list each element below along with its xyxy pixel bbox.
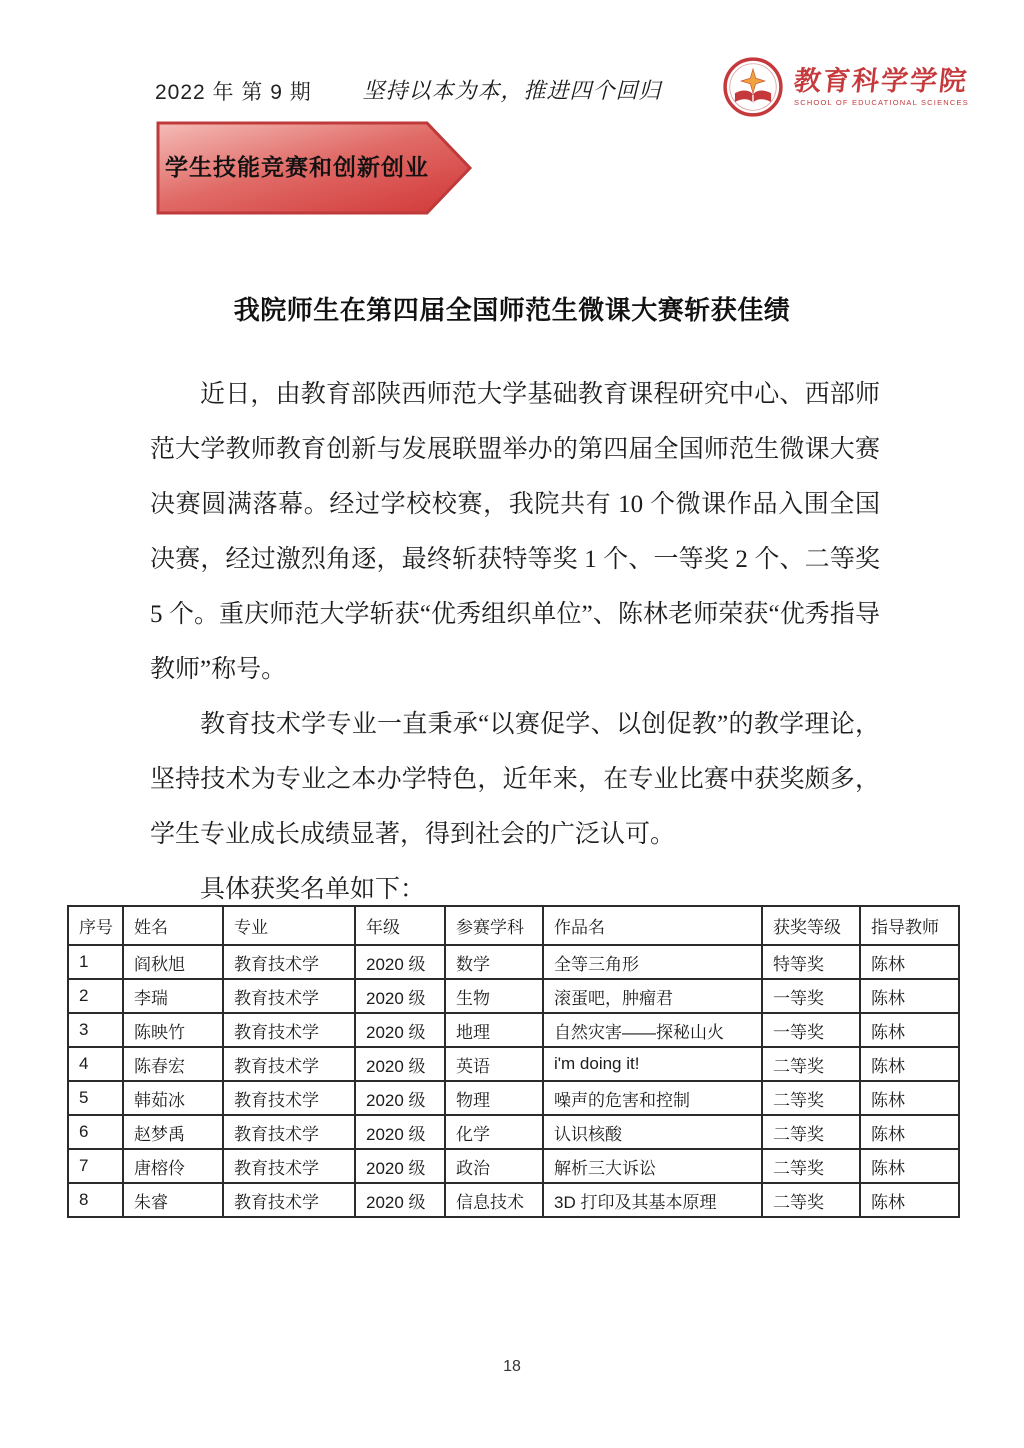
article-body: 近日，由教育部陕西师范大学基础教育课程研究中心、西部师范大学教师教育创新与发展联… — [150, 367, 880, 917]
table-cell: 朱睿 — [123, 1183, 223, 1217]
table-header-row: 序号姓名专业年级参赛学科作品名获奖等级指导教师 — [68, 906, 959, 945]
table-cell: 陈林 — [860, 1149, 959, 1183]
table-cell: 3D 打印及其基本原理 — [543, 1183, 762, 1217]
table-row: 5韩茹冰教育技术学2020 级物理噪声的危害和控制二等奖陈林 — [68, 1081, 959, 1115]
table-cell: 教育技术学 — [223, 1047, 355, 1081]
table-cell: 1 — [68, 945, 123, 979]
table-cell: 陈林 — [860, 1081, 959, 1115]
table-cell: 陈春宏 — [123, 1047, 223, 1081]
table-cell: 陈映竹 — [123, 1013, 223, 1047]
table-cell: 教育技术学 — [223, 1013, 355, 1047]
column-header: 指导教师 — [860, 906, 959, 945]
table-cell: 二等奖 — [762, 1149, 860, 1183]
table-cell: 政治 — [445, 1149, 543, 1183]
table-cell: 陈林 — [860, 1013, 959, 1047]
awards-table: 序号姓名专业年级参赛学科作品名获奖等级指导教师 1阎秋旭教育技术学2020 级数… — [67, 905, 960, 1218]
table-cell: 2020 级 — [355, 1115, 445, 1149]
table-cell: 信息技术 — [445, 1183, 543, 1217]
table-cell: 6 — [68, 1115, 123, 1149]
table-cell: 二等奖 — [762, 1183, 860, 1217]
table-cell: 自然灾害——探秘山火 — [543, 1013, 762, 1047]
table-cell: 解析三大诉讼 — [543, 1149, 762, 1183]
column-header: 年级 — [355, 906, 445, 945]
table-cell: 唐榕伶 — [123, 1149, 223, 1183]
table-cell: 二等奖 — [762, 1115, 860, 1149]
table-row: 1阎秋旭教育技术学2020 级数学全等三角形特等奖陈林 — [68, 945, 959, 979]
table-cell: 2020 级 — [355, 1183, 445, 1217]
table-cell: 陈林 — [860, 1115, 959, 1149]
column-header: 参赛学科 — [445, 906, 543, 945]
paragraph-2: 教育技术学专业一直秉承“以赛促学、以创促教”的教学理论，坚持技术为专业之本办学特… — [150, 697, 880, 862]
column-header: 专业 — [223, 906, 355, 945]
page-number: 18 — [0, 1358, 1024, 1376]
school-logo-text: 教育科学学院 SCHOOL OF EDUCATIONAL SCIENCES — [794, 67, 969, 108]
table-cell: 数学 — [445, 945, 543, 979]
table-cell: 教育技术学 — [223, 1081, 355, 1115]
table-row: 7唐榕伶教育技术学2020 级政治解析三大诉讼二等奖陈林 — [68, 1149, 959, 1183]
table-cell: 物理 — [445, 1081, 543, 1115]
table-cell: 教育技术学 — [223, 1183, 355, 1217]
table-cell: 陈林 — [860, 1047, 959, 1081]
document-page: 2022 年 第 9 期 坚持以本为本，推进四个回归 教育科学学院 SCHOOL… — [0, 0, 1024, 1448]
table-cell: 2020 级 — [355, 945, 445, 979]
table-cell: 二等奖 — [762, 1047, 860, 1081]
school-logo: 教育科学学院 SCHOOL OF EDUCATIONAL SCIENCES — [722, 56, 969, 118]
table-cell: 2020 级 — [355, 1047, 445, 1081]
table-cell: 3 — [68, 1013, 123, 1047]
table-cell: 2020 级 — [355, 979, 445, 1013]
table-cell: 噪声的危害和控制 — [543, 1081, 762, 1115]
table-cell: 二等奖 — [762, 1081, 860, 1115]
table-row: 6赵梦禹教育技术学2020 级化学认识核酸二等奖陈林 — [68, 1115, 959, 1149]
table-cell: 韩茹冰 — [123, 1081, 223, 1115]
table-cell: 陈林 — [860, 979, 959, 1013]
table-cell: 2020 级 — [355, 1013, 445, 1047]
school-name-cn: 教育科学学院 — [792, 67, 970, 97]
table-cell: 英语 — [445, 1047, 543, 1081]
table-row: 8朱睿教育技术学2020 级信息技术3D 打印及其基本原理二等奖陈林 — [68, 1183, 959, 1217]
table-cell: 教育技术学 — [223, 1115, 355, 1149]
school-emblem-icon — [722, 56, 784, 118]
table-row: 4陈春宏教育技术学2020 级英语i'm doing it!二等奖陈林 — [68, 1047, 959, 1081]
column-header: 作品名 — [543, 906, 762, 945]
paragraph-1: 近日，由教育部陕西师范大学基础教育课程研究中心、西部师范大学教师教育创新与发展联… — [150, 367, 880, 697]
table-cell: 4 — [68, 1047, 123, 1081]
table-cell: i'm doing it! — [543, 1047, 762, 1081]
table-cell: 化学 — [445, 1115, 543, 1149]
table-cell: 7 — [68, 1149, 123, 1183]
table-cell: 2020 级 — [355, 1081, 445, 1115]
column-header: 序号 — [68, 906, 123, 945]
table-cell: 8 — [68, 1183, 123, 1217]
table-cell: 认识核酸 — [543, 1115, 762, 1149]
table-cell: 特等奖 — [762, 945, 860, 979]
table-cell: 地理 — [445, 1013, 543, 1047]
table-cell: 李瑞 — [123, 979, 223, 1013]
school-name-en: SCHOOL OF EDUCATIONAL SCIENCES — [794, 98, 969, 107]
table-row: 2李瑞教育技术学2020 级生物滚蛋吧，肿瘤君一等奖陈林 — [68, 979, 959, 1013]
table-cell: 赵梦禹 — [123, 1115, 223, 1149]
table-cell: 2020 级 — [355, 1149, 445, 1183]
column-header: 姓名 — [123, 906, 223, 945]
table-cell: 一等奖 — [762, 1013, 860, 1047]
column-header: 获奖等级 — [762, 906, 860, 945]
table-cell: 阎秋旭 — [123, 945, 223, 979]
section-banner-label: 学生技能竞赛和创新创业 — [155, 120, 473, 216]
table-cell: 滚蛋吧，肿瘤君 — [543, 979, 762, 1013]
section-banner: 学生技能竞赛和创新创业 — [155, 120, 473, 216]
table-cell: 陈林 — [860, 1183, 959, 1217]
table-cell: 教育技术学 — [223, 979, 355, 1013]
article-title: 我院师生在第四届全国师范生微课大赛斩获佳绩 — [0, 290, 1024, 327]
table-cell: 5 — [68, 1081, 123, 1115]
table-cell: 全等三角形 — [543, 945, 762, 979]
table-cell: 教育技术学 — [223, 1149, 355, 1183]
table-row: 3陈映竹教育技术学2020 级地理自然灾害——探秘山火一等奖陈林 — [68, 1013, 959, 1047]
table-cell: 生物 — [445, 979, 543, 1013]
table-cell: 一等奖 — [762, 979, 860, 1013]
table-cell: 2 — [68, 979, 123, 1013]
table-cell: 教育技术学 — [223, 945, 355, 979]
table-cell: 陈林 — [860, 945, 959, 979]
